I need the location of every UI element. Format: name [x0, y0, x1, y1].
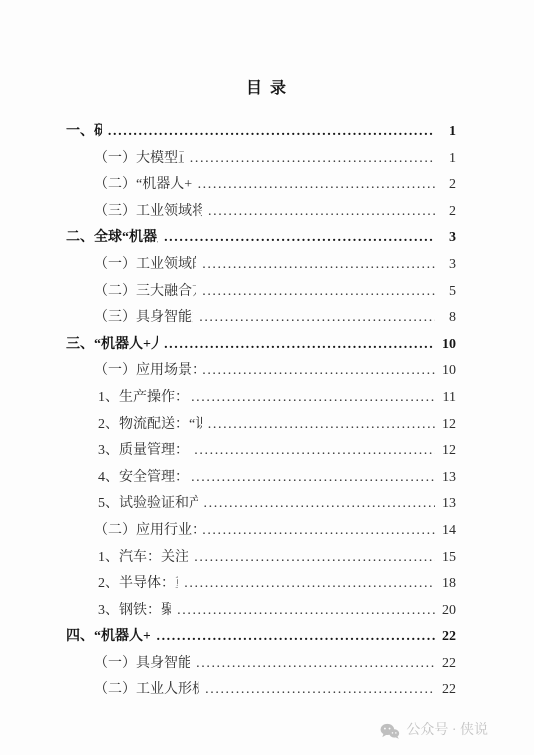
toc-dot-leader: ........................................… — [205, 677, 435, 704]
toc-entry-label: （一）应用场景：从生产操作向其他高附加值场景拓展 — [94, 358, 196, 385]
toc-page-number: 5 — [440, 279, 456, 306]
toc-dot-leader: ........................................… — [202, 279, 435, 306]
toc-dot-leader: ........................................… — [194, 545, 435, 572]
toc-dot-leader: ........................................… — [191, 385, 435, 412]
toc-entry: 1、汽车：关注精细生产、高效物流和外观检测...................… — [66, 545, 456, 572]
toc-dot-leader: ........................................… — [164, 332, 435, 359]
page-title: 目 录 — [0, 79, 534, 99]
toc-entry-label: 2、物流配送：“识别+导航”模型组合适用于封闭生产场景 — [98, 412, 202, 439]
watermark-text: 公众号 · 侠说 — [406, 721, 488, 741]
toc-dot-leader: ........................................… — [202, 252, 435, 279]
toc-dot-leader: ........................................… — [196, 651, 435, 678]
toc-dot-leader: ........................................… — [190, 146, 435, 173]
toc-entry-label: （二）三大融合方向及其组合推动智能机器人产品涌现 — [94, 279, 196, 306]
toc-dot-leader: ........................................… — [204, 491, 435, 518]
toc-page-number: 18 — [440, 571, 456, 598]
toc-dot-leader: ........................................… — [198, 172, 435, 199]
toc-entry: 三、“机器人+人工智能”在工业领域的应用....................… — [66, 332, 456, 359]
toc-entry: 2、物流配送：“识别+导航”模型组合适用于封闭生产场景.............… — [66, 412, 456, 439]
toc-entry: 3、钢铁：聚焦质量管理和安全管理........................… — [66, 598, 456, 625]
toc-entry: （二）“机器人+人工智能”是新一轮大国竞争的关键................… — [66, 172, 456, 199]
toc-entry-label: （一）大模型正在加速通用机器人的全面爆发 — [94, 146, 184, 173]
toc-page-number: 10 — [440, 358, 456, 385]
toc-entry: （一）具身智能机器人将进一步变革工业生产形态..................… — [66, 651, 456, 678]
wechat-icon — [380, 723, 400, 739]
toc-entry: 四、“机器人+人工智能”工业应用展望......................… — [66, 624, 456, 651]
watermark: 公众号 · 侠说 — [380, 721, 488, 741]
toc-entry-label: 4、安全管理：在部分重化工业存在一定需求 — [98, 465, 185, 492]
toc-list: 一、研究背景..................................… — [66, 119, 456, 704]
toc-dot-leader: ........................................… — [191, 465, 435, 492]
toc-entry-label: 二、全球“机器人+人工智能”技术趋势分析 — [66, 225, 158, 252]
toc-entry-label: 5、试验验证和产线优化：仅在部分龙头企业开展探索 — [98, 491, 198, 518]
toc-page-number: 13 — [440, 465, 456, 492]
toc-dot-leader: ........................................… — [202, 358, 435, 385]
toc-page-number: 22 — [440, 624, 456, 651]
toc-page-number: 1 — [440, 119, 456, 146]
toc-page-number: 3 — [440, 225, 456, 252]
toc-dot-leader: ........................................… — [208, 412, 435, 439]
document-page: 目 录 一、研究背景..............................… — [0, 0, 534, 755]
toc-entry: （一）工业领域的机器人正在从中等智能走向高度智能................… — [66, 252, 456, 279]
toc-page-number: 8 — [440, 305, 456, 332]
toc-entry: （二）应用行业：重点用于汽车、电子、金属三大行业................… — [66, 518, 456, 545]
toc-entry-label: （二）“机器人+人工智能”是新一轮大国竞争的关键 — [94, 172, 192, 199]
toc-entry: 5、试验验证和产线优化：仅在部分龙头企业开展探索................… — [66, 491, 456, 518]
toc-entry-label: 3、钢铁：聚焦质量管理和安全管理 — [98, 598, 171, 625]
toc-page-number: 14 — [440, 518, 456, 545]
toc-dot-leader: ........................................… — [208, 199, 435, 226]
toc-page-number: 13 — [440, 491, 456, 518]
toc-page-number: 11 — [440, 385, 456, 412]
toc-page-number: 22 — [440, 677, 456, 704]
toc-page-number: 15 — [440, 545, 456, 572]
toc-page-number: 20 — [440, 598, 456, 625]
toc-entry-label: （三）工业领域将成为短期内智能机器人应用落地的主战场 — [94, 199, 202, 226]
toc-entry: （一）大模型正在加速通用机器人的全面爆发....................… — [66, 146, 456, 173]
toc-entry: 1、生产操作：从操作精度提升到自适应学习....................… — [66, 385, 456, 412]
toc-entry: （三）工业领域将成为短期内智能机器人应用落地的主战场..............… — [66, 199, 456, 226]
toc-entry-label: 四、“机器人+人工智能”工业应用展望 — [66, 624, 150, 651]
toc-dot-leader: ........................................… — [108, 119, 435, 146]
toc-page-number: 2 — [440, 172, 456, 199]
toc-dot-leader: ........................................… — [164, 225, 435, 252]
toc-entry-label: （一）具身智能机器人将进一步变革工业生产形态 — [94, 651, 190, 678]
toc-entry-label: （三）具身智能尤其是人形机器人前沿研究持续火热 — [94, 305, 193, 332]
toc-entry: （二）工业人形机器人规模化应用仍需经历长期技术迭代...............… — [66, 677, 456, 704]
toc-entry: 2、半导体：重点在质量管理和柔性操作......................… — [66, 571, 456, 598]
toc-entry: 二、全球“机器人+人工智能”技术趋势分析....................… — [66, 225, 456, 252]
toc-entry: （三）具身智能尤其是人形机器人前沿研究持续火热.................… — [66, 305, 456, 332]
toc-entry-label: （一）工业领域的机器人正在从中等智能走向高度智能 — [94, 252, 196, 279]
toc-entry-label: 三、“机器人+人工智能”在工业领域的应用 — [66, 332, 158, 359]
toc-page-number: 12 — [440, 438, 456, 465]
toc-page-number: 1 — [440, 146, 456, 173]
toc-dot-leader: ........................................… — [177, 598, 435, 625]
toc-entry: 一、研究背景..................................… — [66, 119, 456, 146]
toc-entry-label: 3、质量管理：机器视觉检测大量取代人工检测 — [98, 438, 188, 465]
toc-page-number: 22 — [440, 651, 456, 678]
toc-entry: 4、安全管理：在部分重化工业存在一定需求....................… — [66, 465, 456, 492]
toc-dot-leader: ........................................… — [156, 624, 435, 651]
toc-entry: （一）应用场景：从生产操作向其他高附加值场景拓展................… — [66, 358, 456, 385]
toc-page-number: 3 — [440, 252, 456, 279]
toc-entry-label: 2、半导体：重点在质量管理和柔性操作 — [98, 571, 178, 598]
toc-entry-label: 1、生产操作：从操作精度提升到自适应学习 — [98, 385, 185, 412]
toc-entry: （二）三大融合方向及其组合推动智能机器人产品涌现................… — [66, 279, 456, 306]
toc-entry: 3、质量管理：机器视觉检测大量取代人工检测...................… — [66, 438, 456, 465]
toc-entry-label: （二）工业人形机器人规模化应用仍需经历长期技术迭代 — [94, 677, 199, 704]
toc-page-number: 2 — [440, 199, 456, 226]
toc-dot-leader: ........................................… — [199, 305, 435, 332]
toc-entry-label: （二）应用行业：重点用于汽车、电子、金属三大行业 — [94, 518, 196, 545]
toc-dot-leader: ........................................… — [202, 518, 435, 545]
toc-dot-leader: ........................................… — [184, 571, 435, 598]
toc-entry-label: 一、研究背景 — [66, 119, 102, 146]
toc-dot-leader: ........................................… — [194, 438, 435, 465]
toc-page-number: 12 — [440, 412, 456, 439]
toc-entry-label: 1、汽车：关注精细生产、高效物流和外观检测 — [98, 545, 188, 572]
toc-page-number: 10 — [440, 332, 456, 359]
